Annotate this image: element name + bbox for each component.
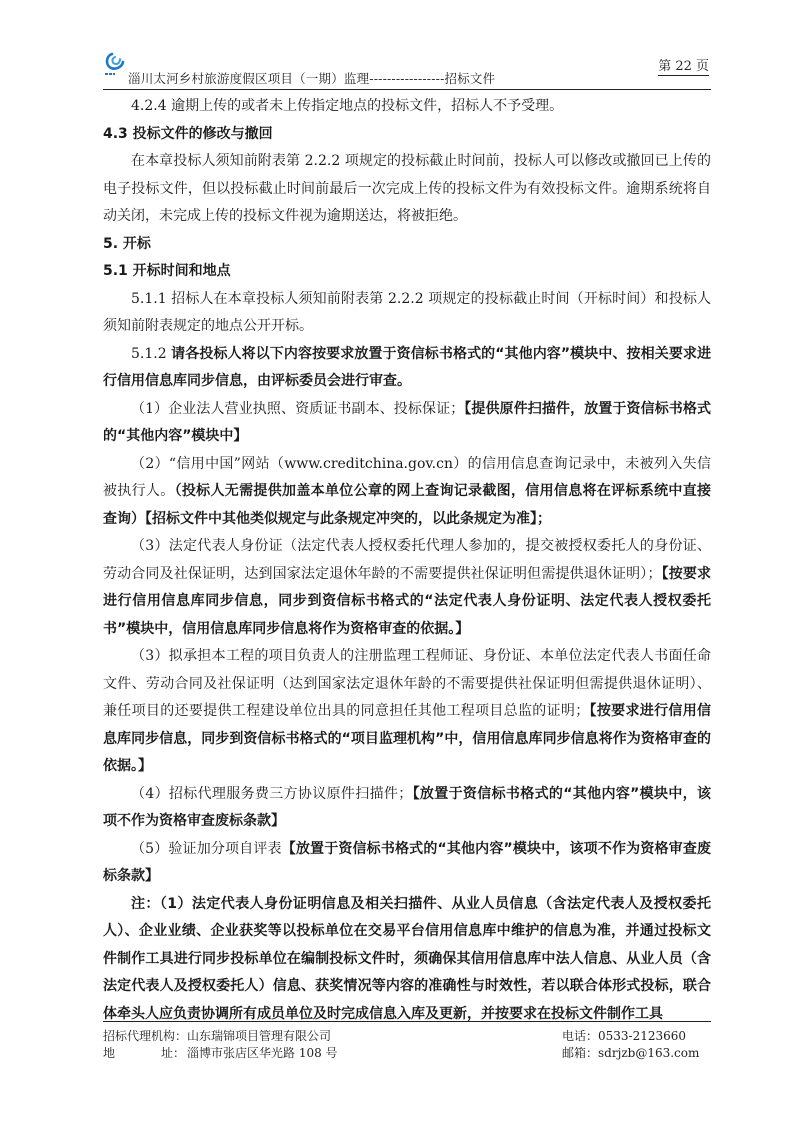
item-4: （4）招标代理服务费三方协议原件扫描件；【放置于资信标书格式的“其他内容”模块中… bbox=[103, 781, 711, 836]
document-title: 淄川太河乡村旅游度假区项目（一期）监理-----------------招标文件 bbox=[128, 69, 495, 87]
paragraph-4-2-4: 4.2.4 逾期上传的或者未上传指定地点的投标文件，招标人不予受理。 bbox=[103, 93, 711, 121]
footer-row-agency: 招标代理机构：山东瑞锦项目管理有限公司 电话：0533-2123660 bbox=[103, 1027, 711, 1044]
address-label: 地址： bbox=[103, 1044, 187, 1061]
item-2: （2）“信用中国”网站（www.creditchina.gov.cn）的信用信息… bbox=[103, 451, 711, 534]
item-3a-text: （3）法定代表人身份证（法定代表人授权委托代理人参加的，提交被授权委托人的身份证… bbox=[103, 538, 711, 582]
clause-number: 5.1.2 bbox=[131, 346, 171, 362]
page-number: 第 22 页 bbox=[658, 55, 709, 76]
paragraph-5-1-2: 5.1.2 请各投标人将以下内容按要求放置于资信标书格式的“其他内容”模块中、按… bbox=[103, 341, 711, 396]
item-3b: （3）拟承担本工程的项目负责人的注册监理工程师证、身份证、本单位法定代表人书面任… bbox=[103, 643, 711, 781]
heading-4-3: 4.3 投标文件的修改与撤回 bbox=[103, 121, 711, 149]
clause-text-bold: 请各投标人将以下内容按要求放置于资信标书格式的“其他内容”模块中、按相关要求进行… bbox=[103, 346, 711, 390]
item-3a: （3）法定代表人身份证（法定代表人授权委托代理人参加的，提交被授权委托人的身份证… bbox=[103, 533, 711, 643]
item-4-text: （4）招标代理服务费三方协议原件扫描件； bbox=[131, 786, 412, 802]
paragraph-5-1-1: 5.1.1 招标人在本章投标人须知前附表第 2.2.2 项规定的投标截止时间（开… bbox=[103, 286, 711, 341]
footer-row-address: 地址：淄博市张店区华光路 108 号 邮箱：sdrjzb@163.com bbox=[103, 1044, 711, 1061]
header-divider bbox=[103, 89, 711, 90]
agency-value: 山东瑞锦项目管理有限公司 bbox=[187, 1029, 331, 1043]
document-body: 4.2.4 逾期上传的或者未上传指定地点的投标文件，招标人不予受理。 4.3 投… bbox=[103, 93, 711, 1028]
note-paragraph: 注：（1）法定代表人身份证明信息及相关扫描件、从业人员信息（含法定代表人及授权委… bbox=[103, 891, 711, 1029]
phone: 电话：0533-2123660 bbox=[562, 1027, 686, 1044]
phone-label: 电话： bbox=[562, 1029, 598, 1043]
item-1: （1）企业法人营业执照、资质证书副本、投标保证；【提供原件扫描件，放置于资信标书… bbox=[103, 396, 711, 451]
email-value[interactable]: sdrjzb@163.com bbox=[598, 1046, 699, 1060]
item-5: （5）验证加分项自评表【放置于资信标书格式的“其他内容”模块中，该项不作为资格审… bbox=[103, 836, 711, 891]
heading-5-1: 5.1 开标时间和地点 bbox=[103, 258, 711, 286]
address-value: 淄博市张店区华光路 108 号 bbox=[187, 1046, 338, 1060]
wave-logo-icon bbox=[103, 52, 127, 78]
heading-5: 5. 开标 bbox=[103, 231, 711, 259]
item-2-note: （投标人无需提供加盖本单位公章的网上查询记录截图，信用信息将在评标系统中直接查询… bbox=[103, 483, 711, 527]
agency-label: 招标代理机构： bbox=[103, 1029, 187, 1043]
document-page: 淄川太河乡村旅游度假区项目（一期）监理-----------------招标文件… bbox=[0, 0, 793, 1122]
item-1-text: （1）企业法人营业执照、资质证书副本、投标保证； bbox=[131, 401, 464, 417]
email: 邮箱：sdrjzb@163.com bbox=[562, 1044, 699, 1061]
footer-divider bbox=[103, 1021, 711, 1022]
phone-value: 0533-2123660 bbox=[598, 1029, 686, 1043]
page-header: 淄川太河乡村旅游度假区项目（一期）监理-----------------招标文件… bbox=[103, 50, 711, 92]
paragraph-4-3: 在本章投标人须知前附表第 2.2.2 项规定的投标截止时间前，投标人可以修改或撤… bbox=[103, 148, 711, 231]
item-5-text: （5）验证加分项自评表 bbox=[131, 841, 282, 857]
page-footer: 招标代理机构：山东瑞锦项目管理有限公司 电话：0533-2123660 地址：淄… bbox=[103, 1021, 711, 1061]
email-label: 邮箱： bbox=[562, 1046, 598, 1060]
